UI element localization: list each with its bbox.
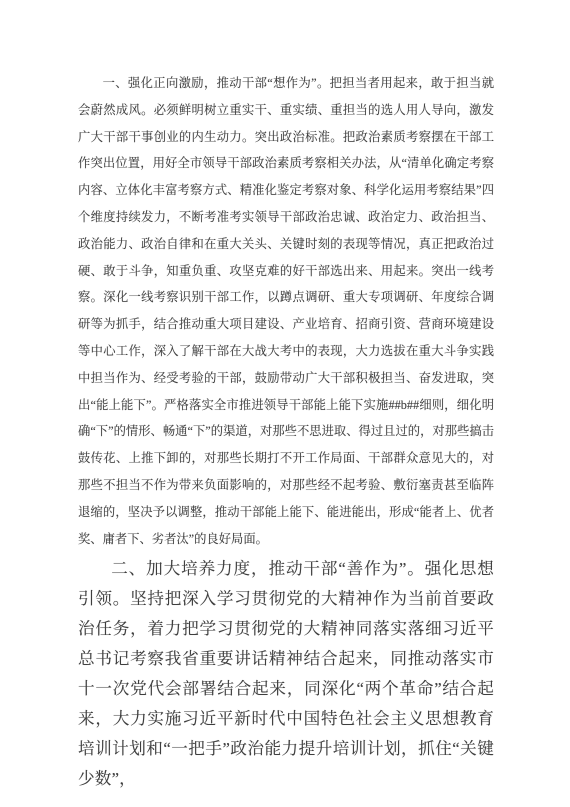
document-text-block: 一、强化正向激励，推动干部“想作为”。把担当者用起来，敢于担当就会蔚然成风。必须…	[78, 70, 494, 794]
body-paragraph-2: 二、加大培养力度，推动干部“善作为”。强化思想引领。坚持把深入学习贯彻党的大精神…	[78, 554, 494, 794]
document-page: 一、强化正向激励，推动干部“想作为”。把担当者用起来，敢于担当就会蔚然成风。必须…	[0, 0, 570, 807]
body-paragraph-1: 一、强化正向激励，推动干部“想作为”。把担当者用起来，敢于担当就会蔚然成风。必须…	[78, 70, 494, 552]
